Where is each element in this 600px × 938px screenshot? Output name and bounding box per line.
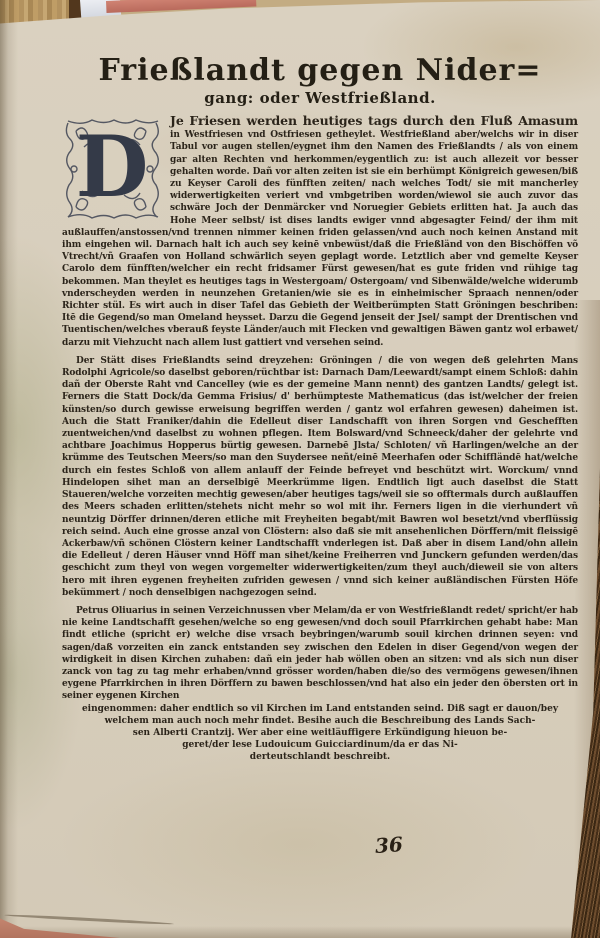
photo-of-book-page: { "colors": { "page_paper": "#d8cfbe", "… bbox=[0, 0, 600, 938]
page-content: Frießlandt gegen Nider= gang: oder Westf… bbox=[62, 54, 578, 764]
taper-line: eingenommen: daher endtlich so vil Kirch… bbox=[62, 703, 578, 715]
paragraph-lead-line: Je Friesen werden heutiges tags durch de… bbox=[170, 113, 578, 128]
taper-line: sen Alberti Crantzij. Wer aber eine weit… bbox=[62, 727, 578, 739]
paragraph-cities: Der Stätt dises Frießlandts seind dreyze… bbox=[62, 355, 578, 599]
page-title: Frießlandt gegen Nider= bbox=[62, 54, 578, 88]
page-number: 36 bbox=[374, 832, 403, 858]
initial-letter: D bbox=[76, 117, 149, 216]
taper-line: welchem man auch noch mehr findet. Besih… bbox=[62, 715, 578, 727]
paragraph-intro: D Je Friesen werden heutiges tags durch … bbox=[62, 115, 578, 349]
tapered-closing-lines: eingenommen: daher endtlich so vil Kirch… bbox=[62, 703, 578, 764]
taper-line: geret/der lese Ludouicum Guicciardinum/d… bbox=[62, 739, 578, 751]
paragraph-petrus-oliuarius: Petrus Oliuarius in seinen Verzeichnusse… bbox=[62, 605, 578, 703]
page-subtitle: gang: oder Westfrießland. bbox=[62, 88, 578, 108]
book-gutter-shadow bbox=[0, 0, 18, 938]
ornamental-initial-d-icon: D bbox=[62, 117, 162, 221]
taper-line: derteutschlandt beschreibt. bbox=[62, 751, 578, 763]
